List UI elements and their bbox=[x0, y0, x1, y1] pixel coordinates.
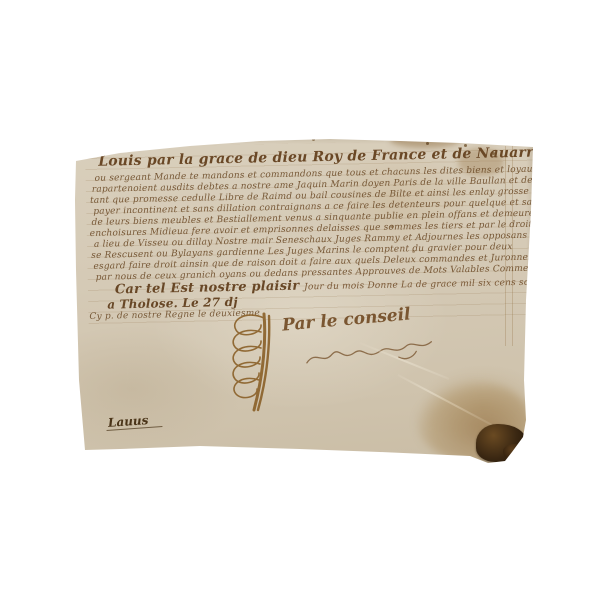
manuscript-photo: Louis par la grace de dieu Roy de France… bbox=[0, 0, 600, 600]
stain-speck bbox=[480, 140, 484, 144]
wax-seal bbox=[476, 424, 526, 462]
opening-line-small: au premier de nos huissiers bbox=[548, 147, 600, 160]
parchment: Louis par la grace de dieu Roy de France… bbox=[60, 130, 540, 475]
paraph-flourish bbox=[226, 308, 282, 416]
seal-stain bbox=[416, 380, 531, 462]
stain-speck bbox=[448, 136, 453, 140]
wax-seal-lump bbox=[503, 444, 525, 460]
stain-speck bbox=[408, 138, 412, 141]
stain-speck bbox=[312, 138, 315, 141]
stain-speck bbox=[426, 142, 429, 145]
stain-speck bbox=[260, 139, 262, 141]
archive-mark: Lauus bbox=[106, 412, 163, 431]
